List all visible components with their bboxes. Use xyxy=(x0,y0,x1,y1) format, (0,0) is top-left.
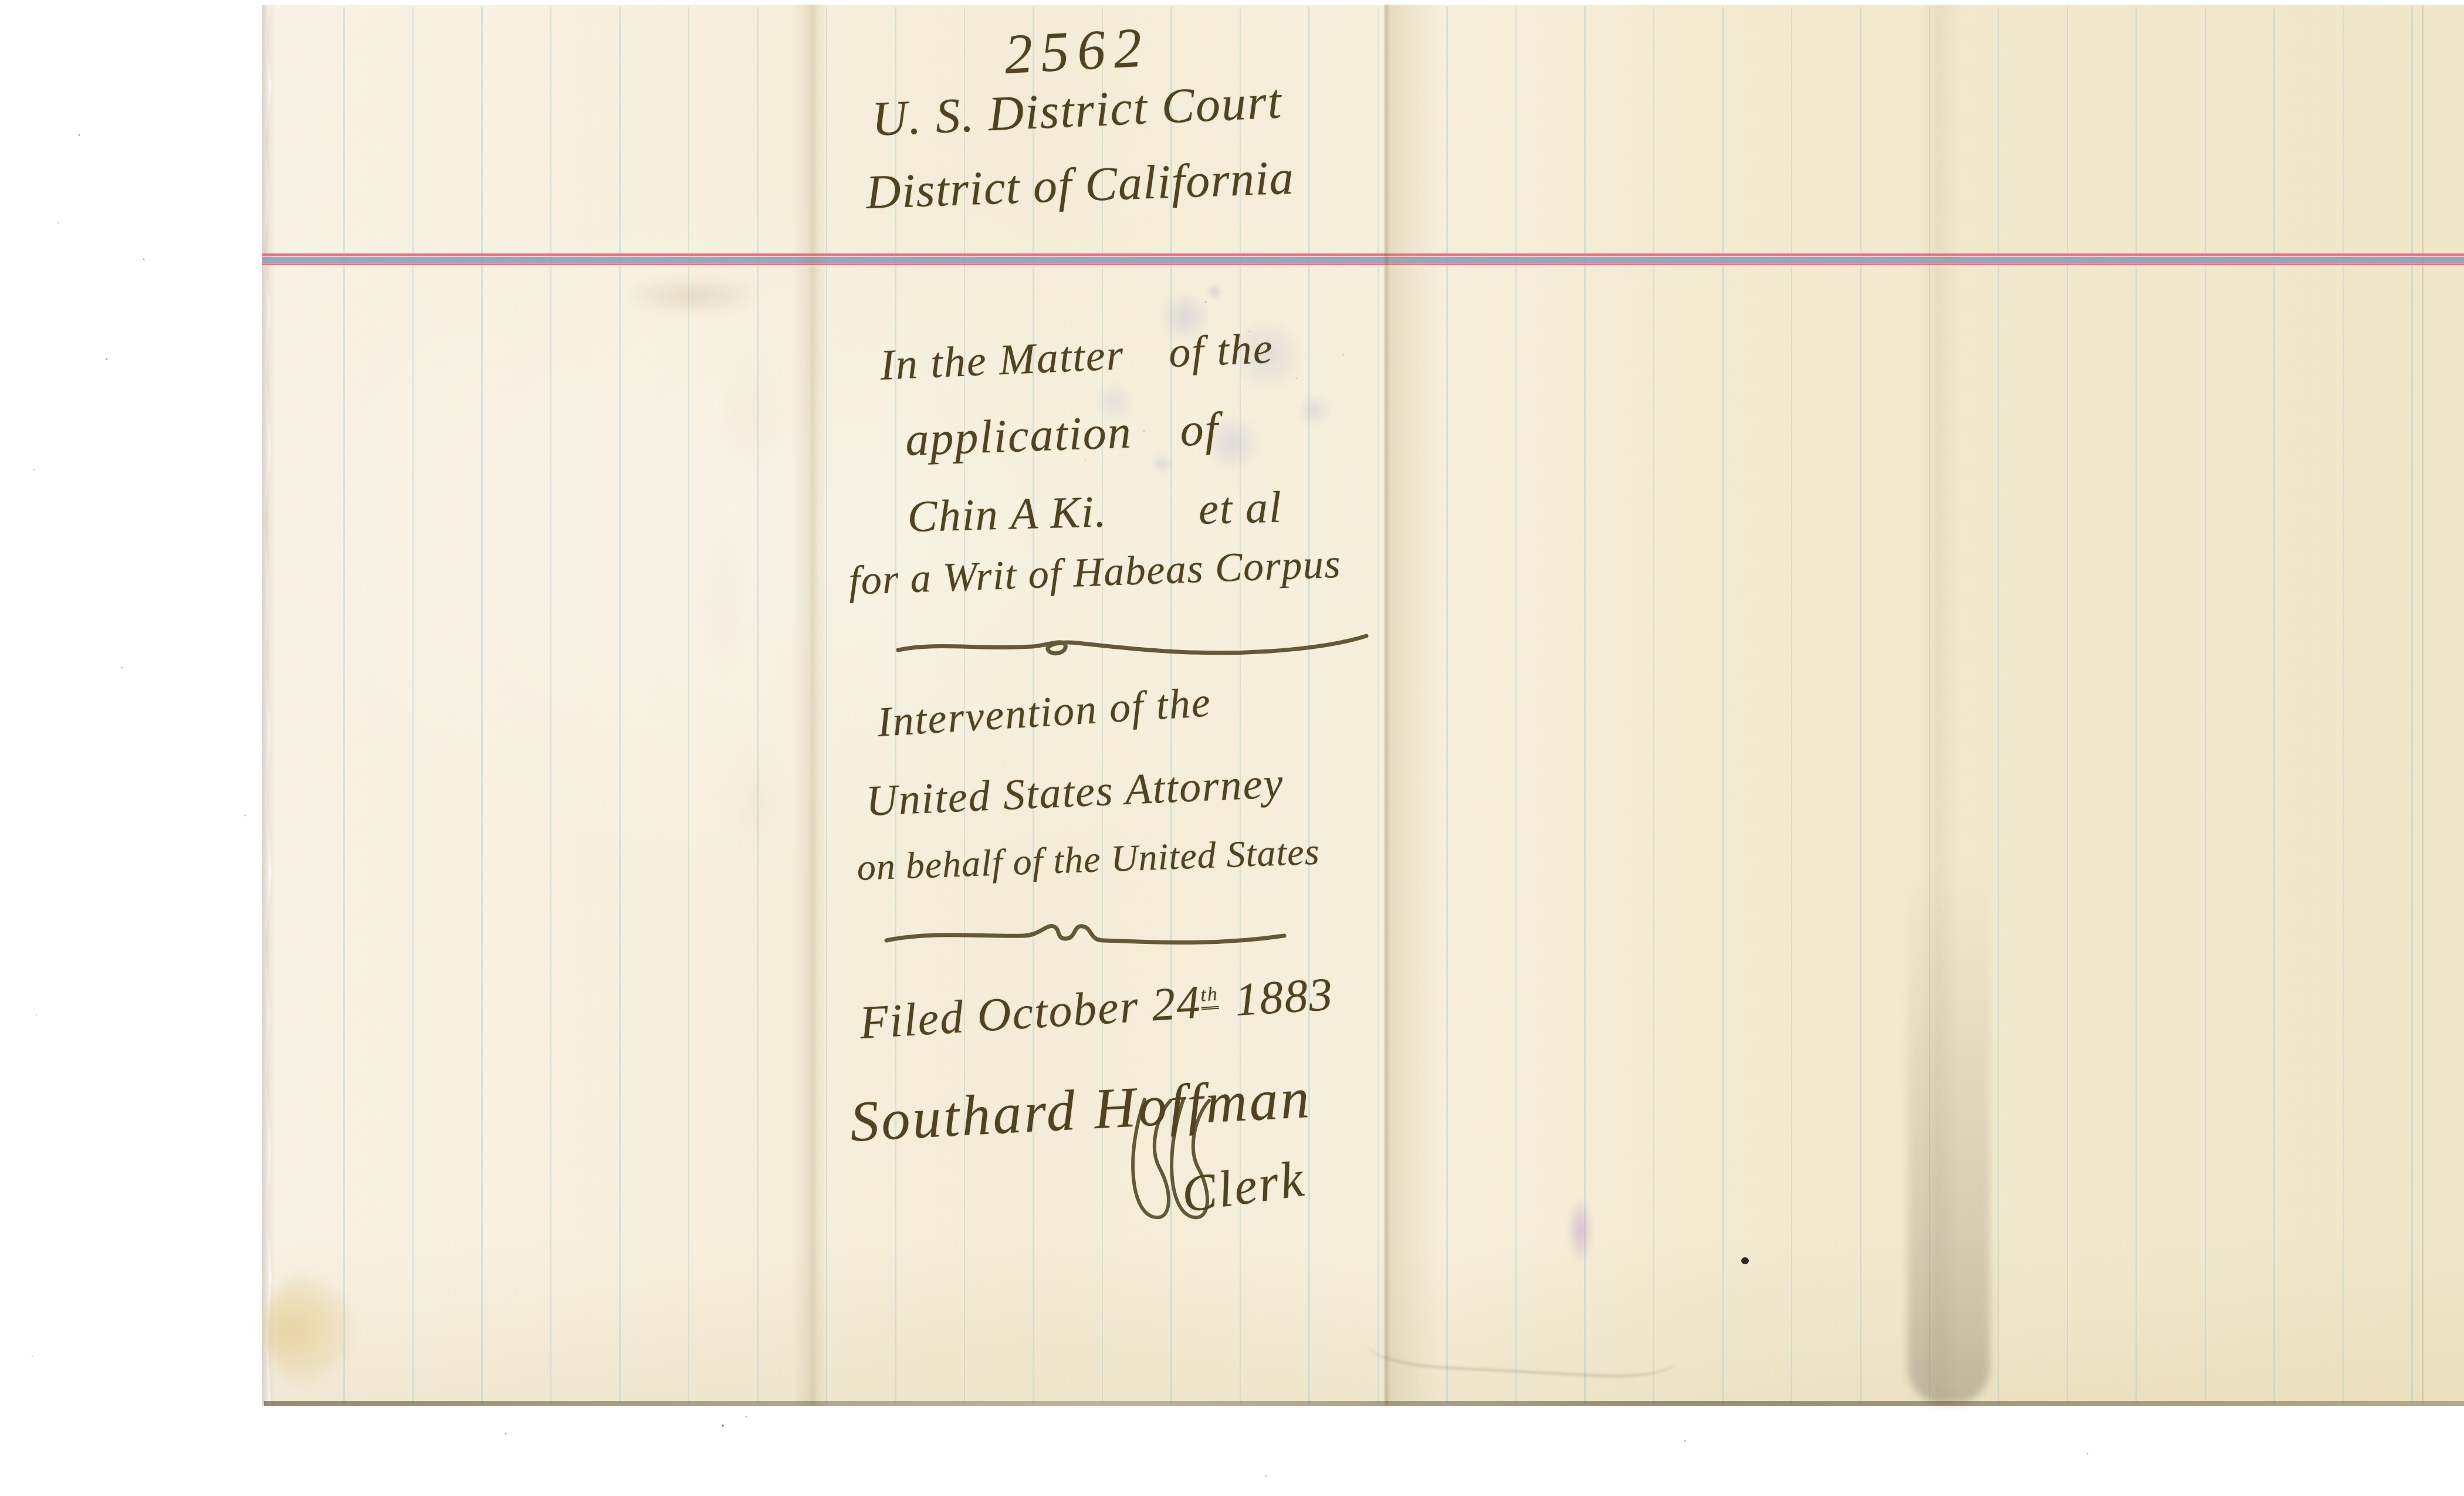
scan-background: 2562 U. S. District Court District of Ca… xyxy=(0,0,2464,1496)
dust-specks xyxy=(0,0,2464,1496)
